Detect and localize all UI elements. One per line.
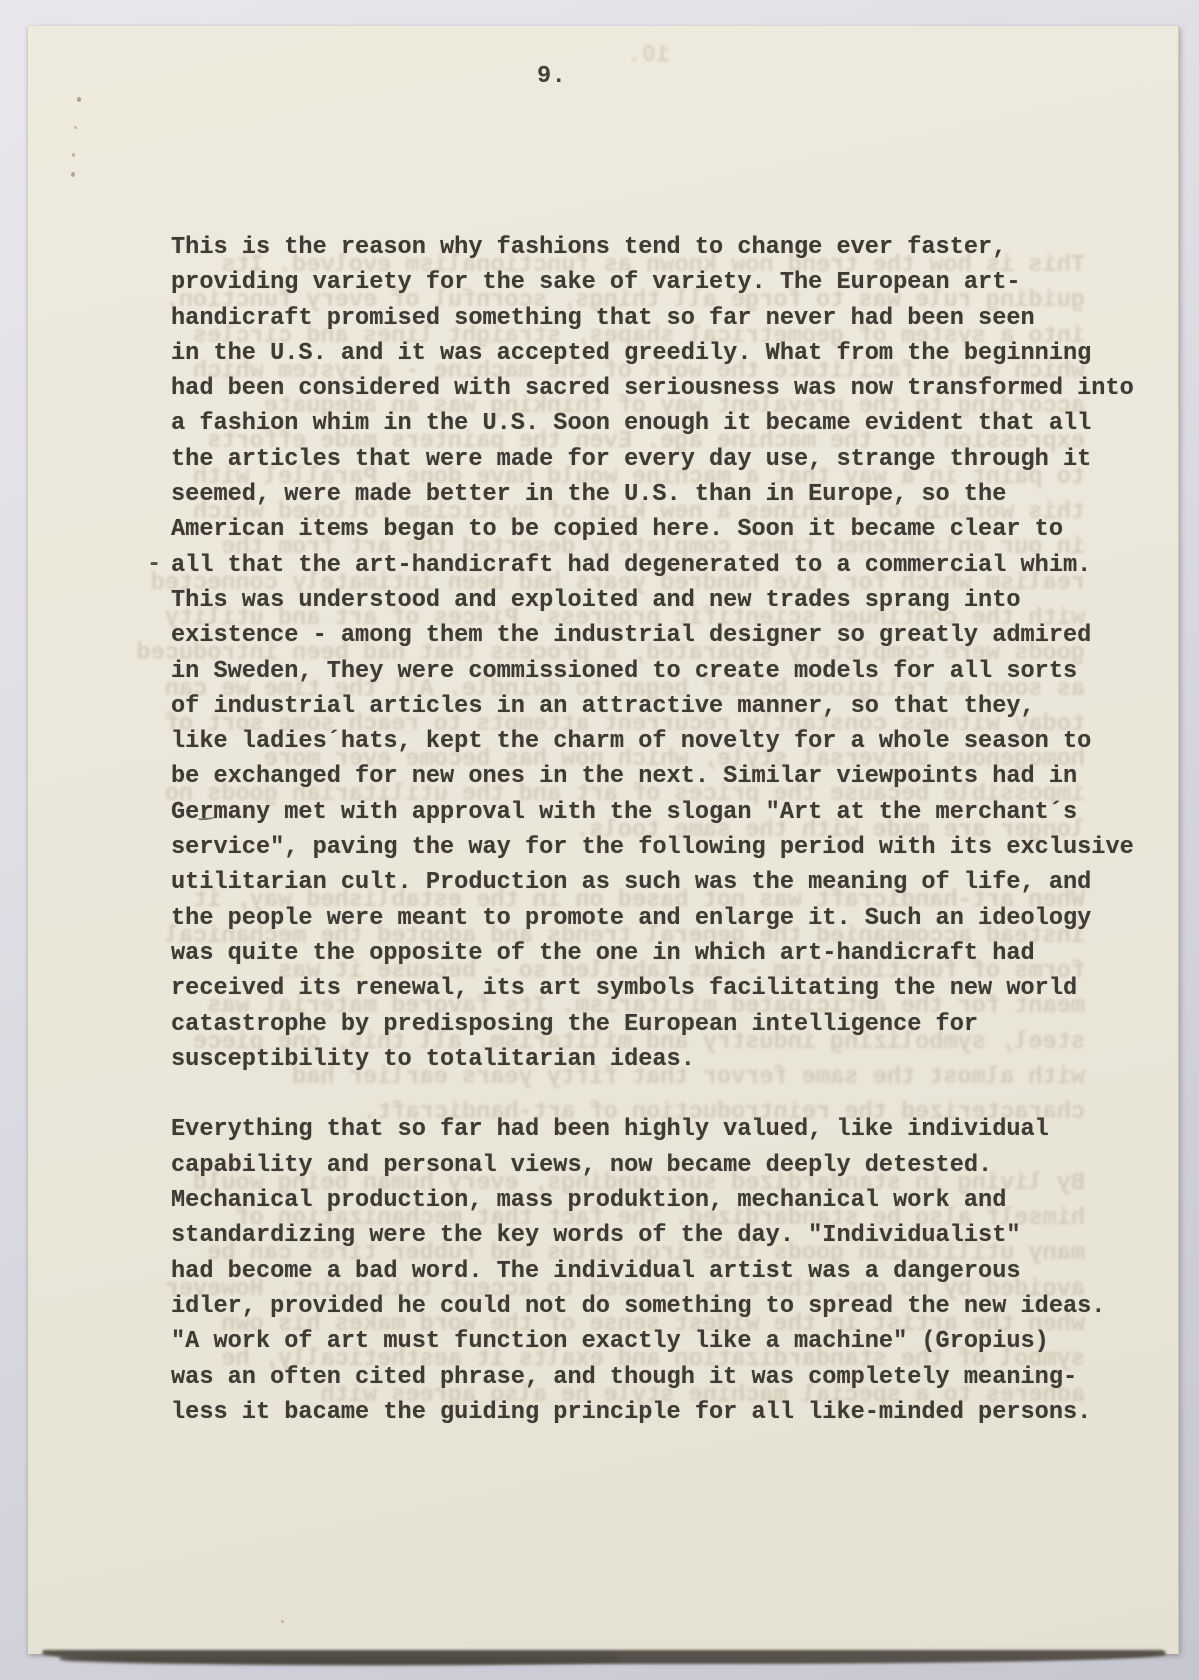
- text-line: all that the art-handicraft had degenera…: [171, 548, 1146, 583]
- text-line: idler, provided he could not do somethin…: [171, 1289, 1146, 1324]
- text-line: had been considered with sacred seriousn…: [171, 371, 1146, 406]
- text-line: This is the reason why fashions tend to …: [171, 230, 1146, 265]
- text-line: in the U.S. and it was accepted greedily…: [171, 336, 1146, 371]
- typewritten-text: This is the reason why fashions tend to …: [171, 230, 1146, 1430]
- text-line: capability and personal views, now becam…: [171, 1148, 1146, 1183]
- bleedthrough-page-number: 10.: [608, 38, 670, 73]
- page-number: 9.: [537, 59, 566, 94]
- text-line: providing variety for the sake of variet…: [171, 265, 1146, 300]
- text-line: Everything that so far had been highly v…: [171, 1112, 1146, 1147]
- text-line: service", paving the way for the followi…: [171, 830, 1146, 865]
- scan-background: { "document": { "page_number": "9.", "ma…: [0, 0, 1199, 1680]
- text-line: Germany met with approval with the sloga…: [171, 795, 1146, 830]
- text-line: the people were meant to promote and enl…: [171, 901, 1146, 936]
- text-line: a fashion whim in the U.S. Soon enough i…: [171, 406, 1146, 441]
- text-line: This was understood and exploited and ne…: [171, 583, 1146, 618]
- paper-speck: [74, 126, 77, 129]
- paragraph: Everything that so far had been highly v…: [171, 1112, 1146, 1430]
- text-line: catastrophe by predisposing the European…: [171, 1007, 1146, 1042]
- text-line: seemed, were made better in the U.S. tha…: [171, 477, 1146, 512]
- text-line: received its renewal, its art symbols fa…: [171, 971, 1146, 1006]
- text-line: handicraft promised something that so fa…: [171, 301, 1146, 336]
- text-line: American items began to be copied here. …: [171, 512, 1146, 547]
- paper-speck: [72, 153, 75, 157]
- text-line: was quite the opposite of the one in whi…: [171, 936, 1146, 971]
- text-line: the articles that were made for every da…: [171, 442, 1146, 477]
- text-line: like ladies´hats, kept the charm of nove…: [171, 724, 1146, 759]
- text-line: of industrial articles in an attractive …: [171, 689, 1146, 724]
- text-line: less it bacame the guiding principle for…: [171, 1395, 1146, 1430]
- text-line: "A work of art must function exactly lik…: [171, 1324, 1146, 1359]
- paragraph: This is the reason why fashions tend to …: [171, 230, 1146, 1077]
- paper-speck: [281, 1620, 284, 1623]
- text-line: utilitarian cult. Production as such was…: [171, 865, 1146, 900]
- document-page: 10. This is how the trend now known as f…: [28, 26, 1179, 1654]
- text-line: had become a bad word. The individual ar…: [171, 1254, 1146, 1289]
- text-line: susceptibility to totalitarian ideas.: [171, 1042, 1146, 1077]
- paper-speck: [77, 97, 81, 102]
- text-line: in Sweden, They were commissioned to cre…: [171, 654, 1146, 689]
- text-line: Mechanical production, mass produktion, …: [171, 1183, 1146, 1218]
- margin-dash-mark: -: [147, 547, 161, 582]
- text-line: be exchanged for new ones in the next. S…: [171, 759, 1146, 794]
- text-line: was an often cited phrase, and though it…: [171, 1360, 1146, 1395]
- text-line: existence - among them the industrial de…: [171, 618, 1146, 653]
- paper-speck: [71, 172, 75, 177]
- text-line: standardizing were the key words of the …: [171, 1218, 1146, 1253]
